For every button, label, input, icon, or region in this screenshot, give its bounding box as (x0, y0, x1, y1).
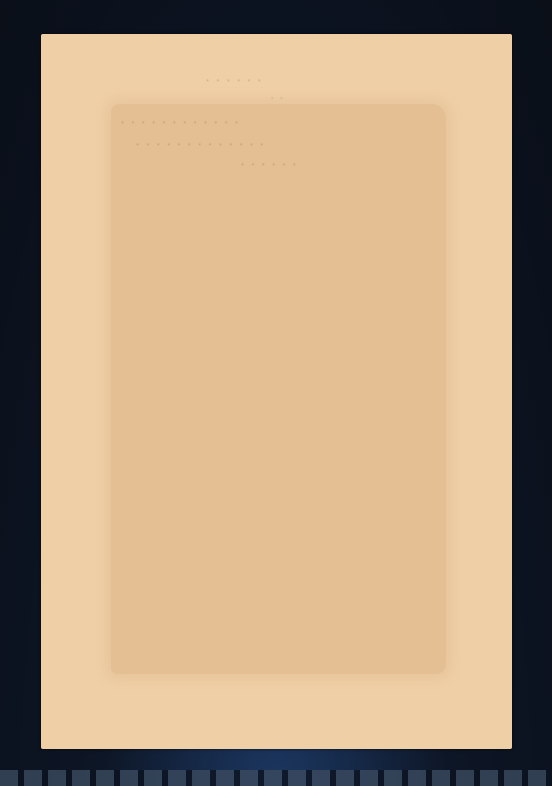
faded-text-line: · · · · · · (206, 76, 263, 87)
faded-text-line: · · · · · · · · · · · · · (136, 140, 265, 151)
holder-rail (0, 770, 552, 786)
faded-text-line: · · · · · · · · · · · · (121, 118, 240, 129)
discolored-stain (111, 104, 446, 674)
faded-text-line: · · (271, 94, 285, 103)
vintage-card-back: · · · · · · · · · · · · · · · · · · · · … (41, 34, 512, 749)
faded-text-line: · · · · · · (241, 160, 298, 171)
